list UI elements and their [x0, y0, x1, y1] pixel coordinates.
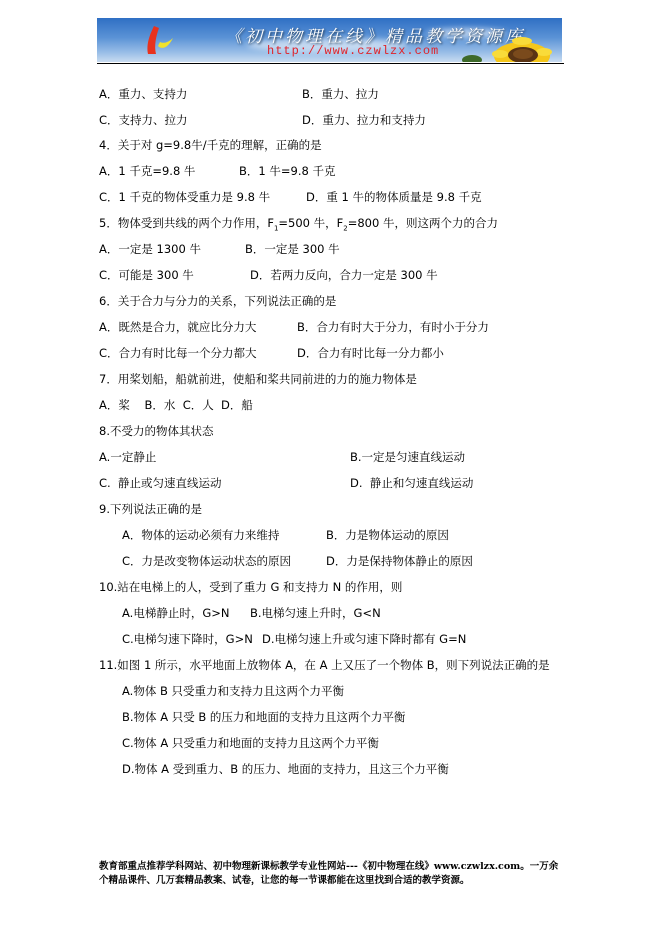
q11-option-d: D.物体 A 受到重力、B 的压力、地面的支持力，且这三个力平衡 — [122, 762, 449, 776]
q4-stem: 4．关于对 g=9.8牛/千克的理解，正确的是 — [99, 138, 322, 152]
q8-option-a: A.一定静止 — [99, 450, 156, 464]
q5-option-b: B．一定是 300 牛 — [245, 242, 340, 256]
q5-option-d: D．若两力反向，合力一定是 300 牛 — [250, 268, 438, 282]
q6-option-c: C．合力有时比每一个分力都大 — [99, 346, 257, 360]
q8-stem: 8.不受力的物体其状态 — [99, 424, 213, 438]
site-logo-icon — [142, 24, 176, 58]
header-banner: 《初中物理在线》精品教学资源库 http://www.czwlzx.com — [97, 18, 562, 62]
q3-option-d: D．重力、拉力和支持力 — [302, 113, 426, 127]
q6-option-a: A．既然是合力，就应比分力大 — [99, 320, 256, 334]
q3-option-b: B．重力、拉力 — [302, 87, 379, 101]
q7-options: A．桨 B．水 C．人 D．船 — [99, 398, 253, 412]
sunflower-icon — [492, 36, 552, 62]
q9-option-a: A．物体的运动必须有力来维持 — [122, 528, 279, 542]
q5-option-c: C．可能是 300 牛 — [99, 268, 194, 282]
header-rule — [97, 63, 564, 64]
q4-option-b: B．1 牛=9.8 千克 — [239, 164, 335, 178]
q4-option-a: A．1 千克=9.8 牛 — [99, 164, 195, 178]
q11-option-c: C.物体 A 只受重力和地面的支持力且这两个力平衡 — [122, 736, 379, 750]
q6-option-d: D．合力有时比每一分力都小 — [297, 346, 444, 360]
q5-stem-prefix: 5．物体受到共线的两个力作用，F — [99, 216, 274, 230]
q11-option-a: A.物体 B 只受重力和支持力且这两个力平衡 — [122, 684, 344, 698]
q10-option-b: B.电梯匀速上升时，G<N — [250, 606, 381, 620]
q8-option-b: B.一定是匀速直线运动 — [350, 450, 465, 464]
q9-option-b: B．力是物体运动的原因 — [326, 528, 449, 542]
q11-stem: 11.如图 1 所示，水平地面上放物体 A，在 A 上又压了一个物体 B，则下列… — [99, 658, 550, 672]
q9-option-c: C．力是改变物体运动状态的原因 — [122, 554, 291, 568]
q8-option-d: D. 静止和匀速直线运动 — [350, 476, 473, 490]
q10-stem: 10.站在电梯上的人，受到了重力 G 和支持力 N 的作用，则 — [99, 580, 402, 594]
q3-option-c: C．支持力、拉力 — [99, 113, 188, 127]
q9-option-d: D．力是保持物体静止的原因 — [326, 554, 473, 568]
q5-option-a: A．一定是 1300 牛 — [99, 242, 201, 256]
q7-stem: 7．用桨划船，船就前进，使船和桨共同前进的力的施力物体是 — [99, 372, 417, 386]
q9-stem: 9.下列说法正确的是 — [99, 502, 202, 516]
q5-stem: 5．物体受到共线的两个力作用，F1=500 牛，F2=800 牛，则这两个力的合… — [99, 216, 498, 235]
q6-option-b: B．合力有时大于分力，有时小于分力 — [297, 320, 489, 334]
q4-option-d: D．重 1 牛的物体质量是 9.8 千克 — [306, 190, 482, 204]
q3-option-a: A．重力、支持力 — [99, 87, 187, 101]
q5-stem-suffix: =800 牛，则这两个力的合力 — [348, 216, 498, 230]
q10-option-a: A.电梯静止时，G>N — [122, 606, 229, 620]
q10-option-d: D.电梯匀速上升或匀速下降时都有 G=N — [262, 632, 466, 646]
footer-line-1: 教育部重点推荐学科网站、初中物理新课标教学专业性网站---《初中物理在线》www… — [99, 861, 558, 873]
banner-url: http://www.czwlzx.com — [267, 44, 439, 58]
q11-option-b: B.物体 A 只受 B 的压力和地面的支持力且这两个力平衡 — [122, 710, 405, 724]
q4-option-c: C．1 千克的物体受重力是 9.8 牛 — [99, 190, 270, 204]
q10-option-c: C.电梯匀速下降时，G>N — [122, 632, 253, 646]
footer-line-2: 个精品课件、几万套精品教案、试卷，让您的每一节课都能在这里找到合适的教学资源。 — [99, 875, 470, 887]
q5-stem-mid: =500 牛，F — [278, 216, 343, 230]
q8-option-c: C. 静止或匀速直线运动 — [99, 476, 222, 490]
q6-stem: 6．关于合力与分力的关系，下列说法正确的是 — [99, 294, 336, 308]
leaf-decoration-icon — [457, 52, 487, 62]
